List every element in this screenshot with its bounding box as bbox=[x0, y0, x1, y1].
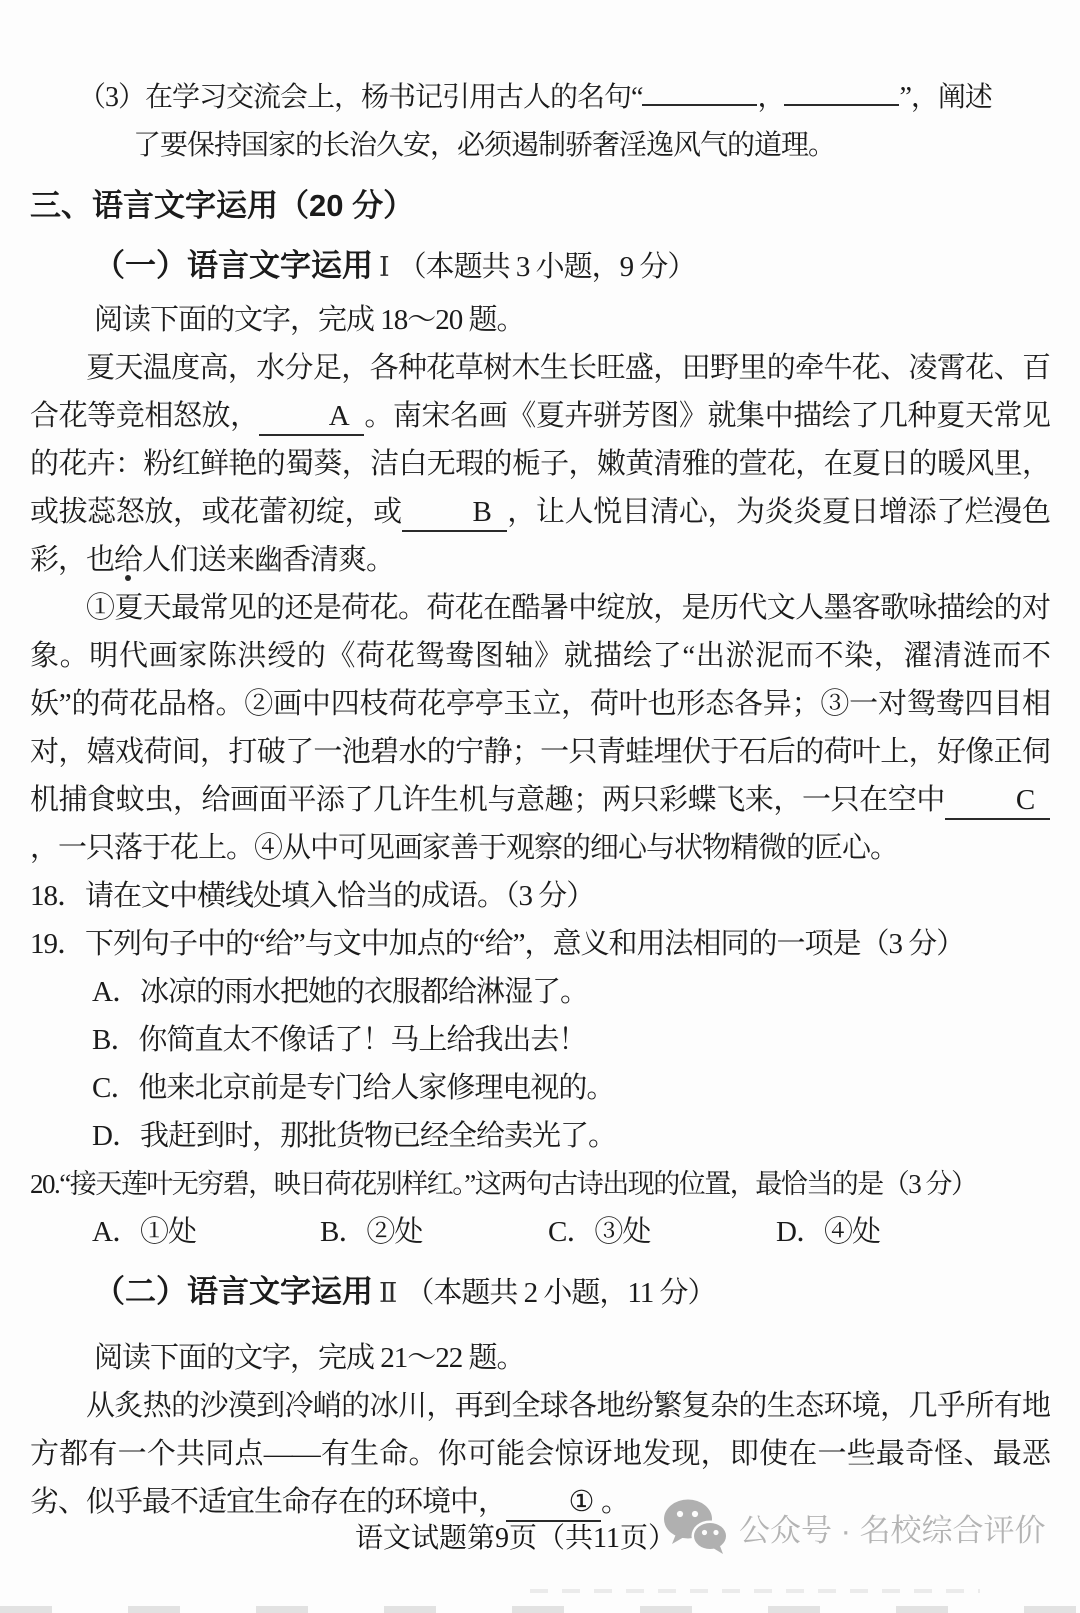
item-3-line1: （3）在学习交流会上，杨书记引用古人的名句“，”，阐述 bbox=[78, 74, 1050, 122]
part-2-heading-bold: （二）语言文字运用 bbox=[94, 1274, 373, 1309]
blank-label-circle1: ① bbox=[569, 1486, 595, 1518]
part-1-roman-numeral: Ⅰ bbox=[379, 252, 390, 282]
question-18: 18．请在文中横线处填入恰当的成语。（3 分） bbox=[30, 872, 1050, 920]
question-19-option-c: C．他来北京前是专门给人家修理电视的。 bbox=[92, 1064, 1050, 1112]
blank-label-c: C bbox=[1016, 784, 1035, 816]
passage1-paragraph-2: ①夏天最常见的还是荷花。荷花在酷暑中绽放，是历代文人墨客歌咏描绘的对象。明代画家… bbox=[30, 584, 1050, 872]
passage1-paragraph-1: 夏天温度高，水分足，各种花草树木生长旺盛，田野里的牵牛花、凌霄花、百合花等竞相怒… bbox=[30, 344, 1050, 584]
answer-blank-a: A bbox=[259, 398, 364, 436]
question-19-option-b: B．你简直太不像话了！马上给我出去！ bbox=[92, 1016, 1050, 1064]
part-2-intro: 阅读下面的文字，完成 21～22 题。 bbox=[94, 1334, 1050, 1382]
question-20-option-c: C．③处 bbox=[548, 1208, 776, 1256]
page-number-label: 语文试题第9页（共11页） bbox=[355, 1516, 676, 1556]
passage-text: 人们送来幽香清爽。 bbox=[142, 544, 394, 576]
part-1-heading: （一）语言文字运用Ⅰ（本题共 3 小题，9 分） bbox=[94, 242, 1050, 296]
scan-artifact-smudge bbox=[530, 1589, 980, 1593]
part-1-heading-bold: （一）语言文字运用 bbox=[94, 248, 373, 283]
answer-blank-2 bbox=[784, 104, 899, 106]
blank-label-b: B bbox=[473, 496, 492, 528]
item-3: （3）在学习交流会上，杨书记引用古人的名句“，”，阐述 了要保持国家的长治久安，… bbox=[30, 74, 1050, 170]
question-20-option-b: B．②处 bbox=[320, 1208, 548, 1256]
question-20-stem: 20.“接天莲叶无穷碧，映日荷花别样红。”这两句古诗出现的位置，最恰当的是（3 … bbox=[30, 1160, 1050, 1208]
passage-text: ，一只落于花上。④从中可见画家善于观察的细心与状物精微的匠心。 bbox=[30, 832, 898, 864]
answer-blank-c: C bbox=[945, 782, 1050, 820]
question-19-option-a: A．冰凉的雨水把她的衣服都给淋湿了。 bbox=[92, 968, 1050, 1016]
answer-blank-1 bbox=[642, 104, 757, 106]
part-2-roman-numeral: Ⅱ bbox=[379, 1278, 397, 1308]
answer-blank-b: B bbox=[402, 494, 507, 532]
part-2-heading: （二）语言文字运用Ⅱ（本题共 2 小题，11 分） bbox=[94, 1268, 1050, 1322]
wechat-icon bbox=[662, 1498, 730, 1556]
part-2-heading-rest: （本题共 2 小题，11 分） bbox=[405, 1277, 715, 1309]
question-20-option-a: A．①处 bbox=[92, 1208, 320, 1256]
question-19-stem: 19．下列句子中的“给”与文中加点的“给”，意义和用法相同的一项是（3 分） bbox=[30, 920, 1050, 968]
item-3-close: ”，阐述 bbox=[899, 82, 991, 113]
part-1-heading-rest: （本题共 3 小题，9 分） bbox=[398, 251, 696, 283]
question-20-option-d: D．④处 bbox=[776, 1208, 1004, 1256]
part-1-intro: 阅读下面的文字，完成 18～20 题。 bbox=[94, 296, 1050, 344]
item-3-lead: （3）在学习交流会上，杨书记引用古人的名句“ bbox=[78, 82, 642, 113]
scan-artifact-next-line bbox=[0, 1606, 1080, 1613]
exam-page: （3）在学习交流会上，杨书记引用古人的名句“，”，阐述 了要保持国家的长治久安，… bbox=[0, 0, 1080, 1613]
question-19-option-d: D．我赶到时，那批货物已经全给卖光了。 bbox=[92, 1112, 1050, 1160]
question-20-options: A．①处B．②处C．③处D．④处 bbox=[92, 1208, 1050, 1256]
item-3-comma: ， bbox=[757, 82, 784, 113]
passage-text: 。 bbox=[601, 1486, 629, 1518]
brand-text: 公众号 · 名校综合评价 bbox=[739, 1505, 1046, 1550]
wechat-brand-watermark: 公众号 · 名校综合评价 bbox=[662, 1498, 1046, 1556]
passage-text: ①夏天最常见的还是荷花。荷花在酷暑中绽放，是历代文人墨客歌咏描绘的对象。明代画家… bbox=[30, 592, 1050, 816]
blank-label-a: A bbox=[329, 400, 350, 432]
section-3-heading: 三、语言文字运用（20 分） bbox=[30, 182, 1050, 230]
emphasized-char-gei: 给 bbox=[114, 544, 142, 576]
item-3-line2: 了要保持国家的长治久安，必须遏制骄奢淫逸风气的道理。 bbox=[133, 122, 1050, 170]
